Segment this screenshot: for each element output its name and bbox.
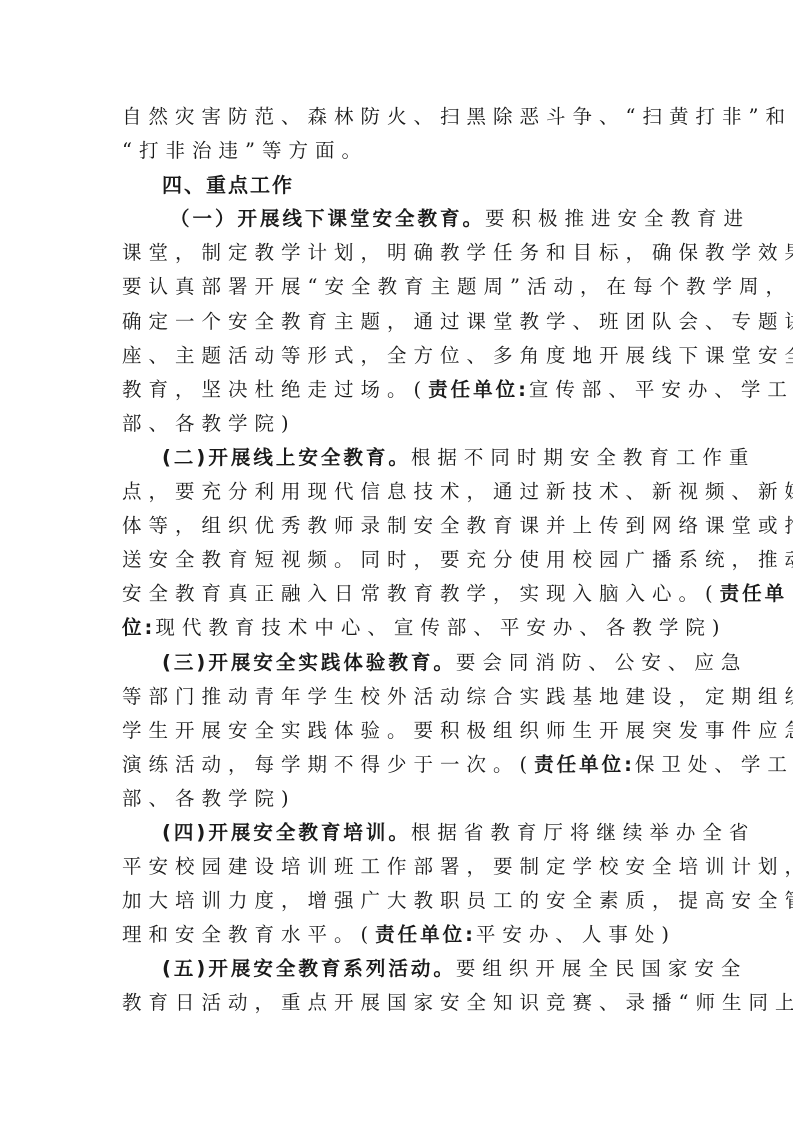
resp-prefix: 教育，坚决杜绝走过场。(	[122, 378, 428, 401]
item-3-first-line: (三)开展安全实践体验教育。要会同消防、公安、应急	[122, 646, 672, 680]
responsibility-line: 理和安全教育水平。(责任单位:平安办、人事处)	[122, 918, 672, 952]
resp-label: 责任单位:	[375, 923, 476, 946]
resp-label: 责任单	[720, 582, 788, 605]
item-4-first-line: (四)开展安全教育培训。根据省教育厅将继续举办全省	[122, 816, 672, 850]
item-2-title: (二)开展线上安全教育。	[162, 446, 411, 469]
item-5-text: 要组织开展全民国家安全	[456, 957, 748, 980]
resp-text: 保卫处、学工	[635, 753, 793, 776]
resp-text: 平安办、人事处)	[476, 923, 676, 946]
paragraph-line: 课堂，制定教学计划，明确教学任务和目标，确保教学效果。	[122, 236, 672, 270]
paragraph-line: 平安校园建设培训班工作部署，要制定学校安全培训计划，	[122, 850, 672, 884]
item-3-title: (三)开展安全实践体验教育。	[162, 651, 456, 674]
paragraph-line: 等部门推动青年学生校外活动综合实践基地建设，定期组织	[122, 680, 672, 714]
paragraph-line: 要认真部署开展“安全教育主题周”活动，在每个教学周，	[122, 270, 672, 304]
item-5-title: (五)开展安全教育系列活动。	[162, 957, 456, 980]
item-4-text: 根据省教育厅将继续举办全省	[411, 821, 756, 844]
item-1-text: 要积极推进安全教育进	[485, 207, 750, 230]
paragraph-line: 点，要充分利用现代信息技术，通过新技术、新视频、新媒	[122, 475, 672, 509]
item-5-first-line: (五)开展安全教育系列活动。要组织开展全民国家安全	[122, 952, 672, 986]
resp-text: 现代教育技术中心、宣传部、平安办、各教学院)	[155, 616, 726, 639]
section-heading: 四、重点工作	[122, 168, 672, 202]
item-1-first-line: （一）开展线下课堂安全教育。要积极推进安全教育进	[122, 202, 672, 236]
resp-prefix: 演练活动，每学期不得少于一次。(	[122, 753, 534, 776]
paragraph-line: 教育日活动，重点开展国家安全知识竞赛、录播“师生同上	[122, 986, 672, 1020]
paragraph-line: 部、各教学院)	[122, 782, 672, 816]
responsibility-line: 教育，坚决杜绝走过场。(责任单位:宣传部、平安办、学工	[122, 373, 672, 407]
item-3-text: 要会同消防、公安、应急	[456, 651, 748, 674]
resp-label: 责任单位:	[428, 378, 529, 401]
paragraph-line: 确定一个安全教育主题，通过课堂教学、班团队会、专题讲	[122, 305, 672, 339]
paragraph-line: 部、各教学院)	[122, 407, 672, 441]
paragraph-line: 自然灾害防范、森林防火、扫黑除恶斗争、“扫黄打非”和	[122, 100, 672, 134]
responsibility-line: 演练活动，每学期不得少于一次。(责任单位:保卫处、学工	[122, 748, 672, 782]
item-2-first-line: (二)开展线上安全教育。根据不同时期安全教育工作重	[122, 441, 672, 475]
resp-label: 位:	[122, 616, 155, 639]
resp-prefix: 安全教育真正融入日常教育教学，实现入脑入心。(	[122, 582, 720, 605]
resp-prefix: 理和安全教育水平。(	[122, 923, 375, 946]
responsibility-line: 安全教育真正融入日常教育教学，实现入脑入心。(责任单	[122, 577, 672, 611]
paragraph-line: “打非治违”等方面。	[122, 134, 672, 168]
item-1-title: （一）开展线下课堂安全教育。	[170, 207, 485, 230]
paragraph-line: 学生开展安全实践体验。要积极组织师生开展突发事件应急	[122, 714, 672, 748]
resp-label: 责任单位:	[534, 753, 635, 776]
item-4-title: (四)开展安全教育培训。	[162, 821, 411, 844]
paragraph-line: 加大培训力度，增强广大教职员工的安全素质，提高安全管	[122, 884, 672, 918]
paragraph-line: 座、主题活动等形式，全方位、多角度地开展线下课堂安全	[122, 339, 672, 373]
resp-text: 宣传部、平安办、学工	[529, 378, 793, 401]
paragraph-line: 体等，组织优秀教师录制安全教育课并上传到网络课堂或推	[122, 509, 672, 543]
paragraph-line: 送安全教育短视频。同时，要充分使用校园广播系统，推动	[122, 543, 672, 577]
item-2-text: 根据不同时期安全教育工作重	[411, 446, 756, 469]
document-page: 自然灾害防范、森林防火、扫黑除恶斗争、“扫黄打非”和 “打非治违”等方面。 四、…	[122, 100, 672, 1021]
responsibility-line: 位:现代教育技术中心、宣传部、平安办、各教学院)	[122, 611, 672, 645]
